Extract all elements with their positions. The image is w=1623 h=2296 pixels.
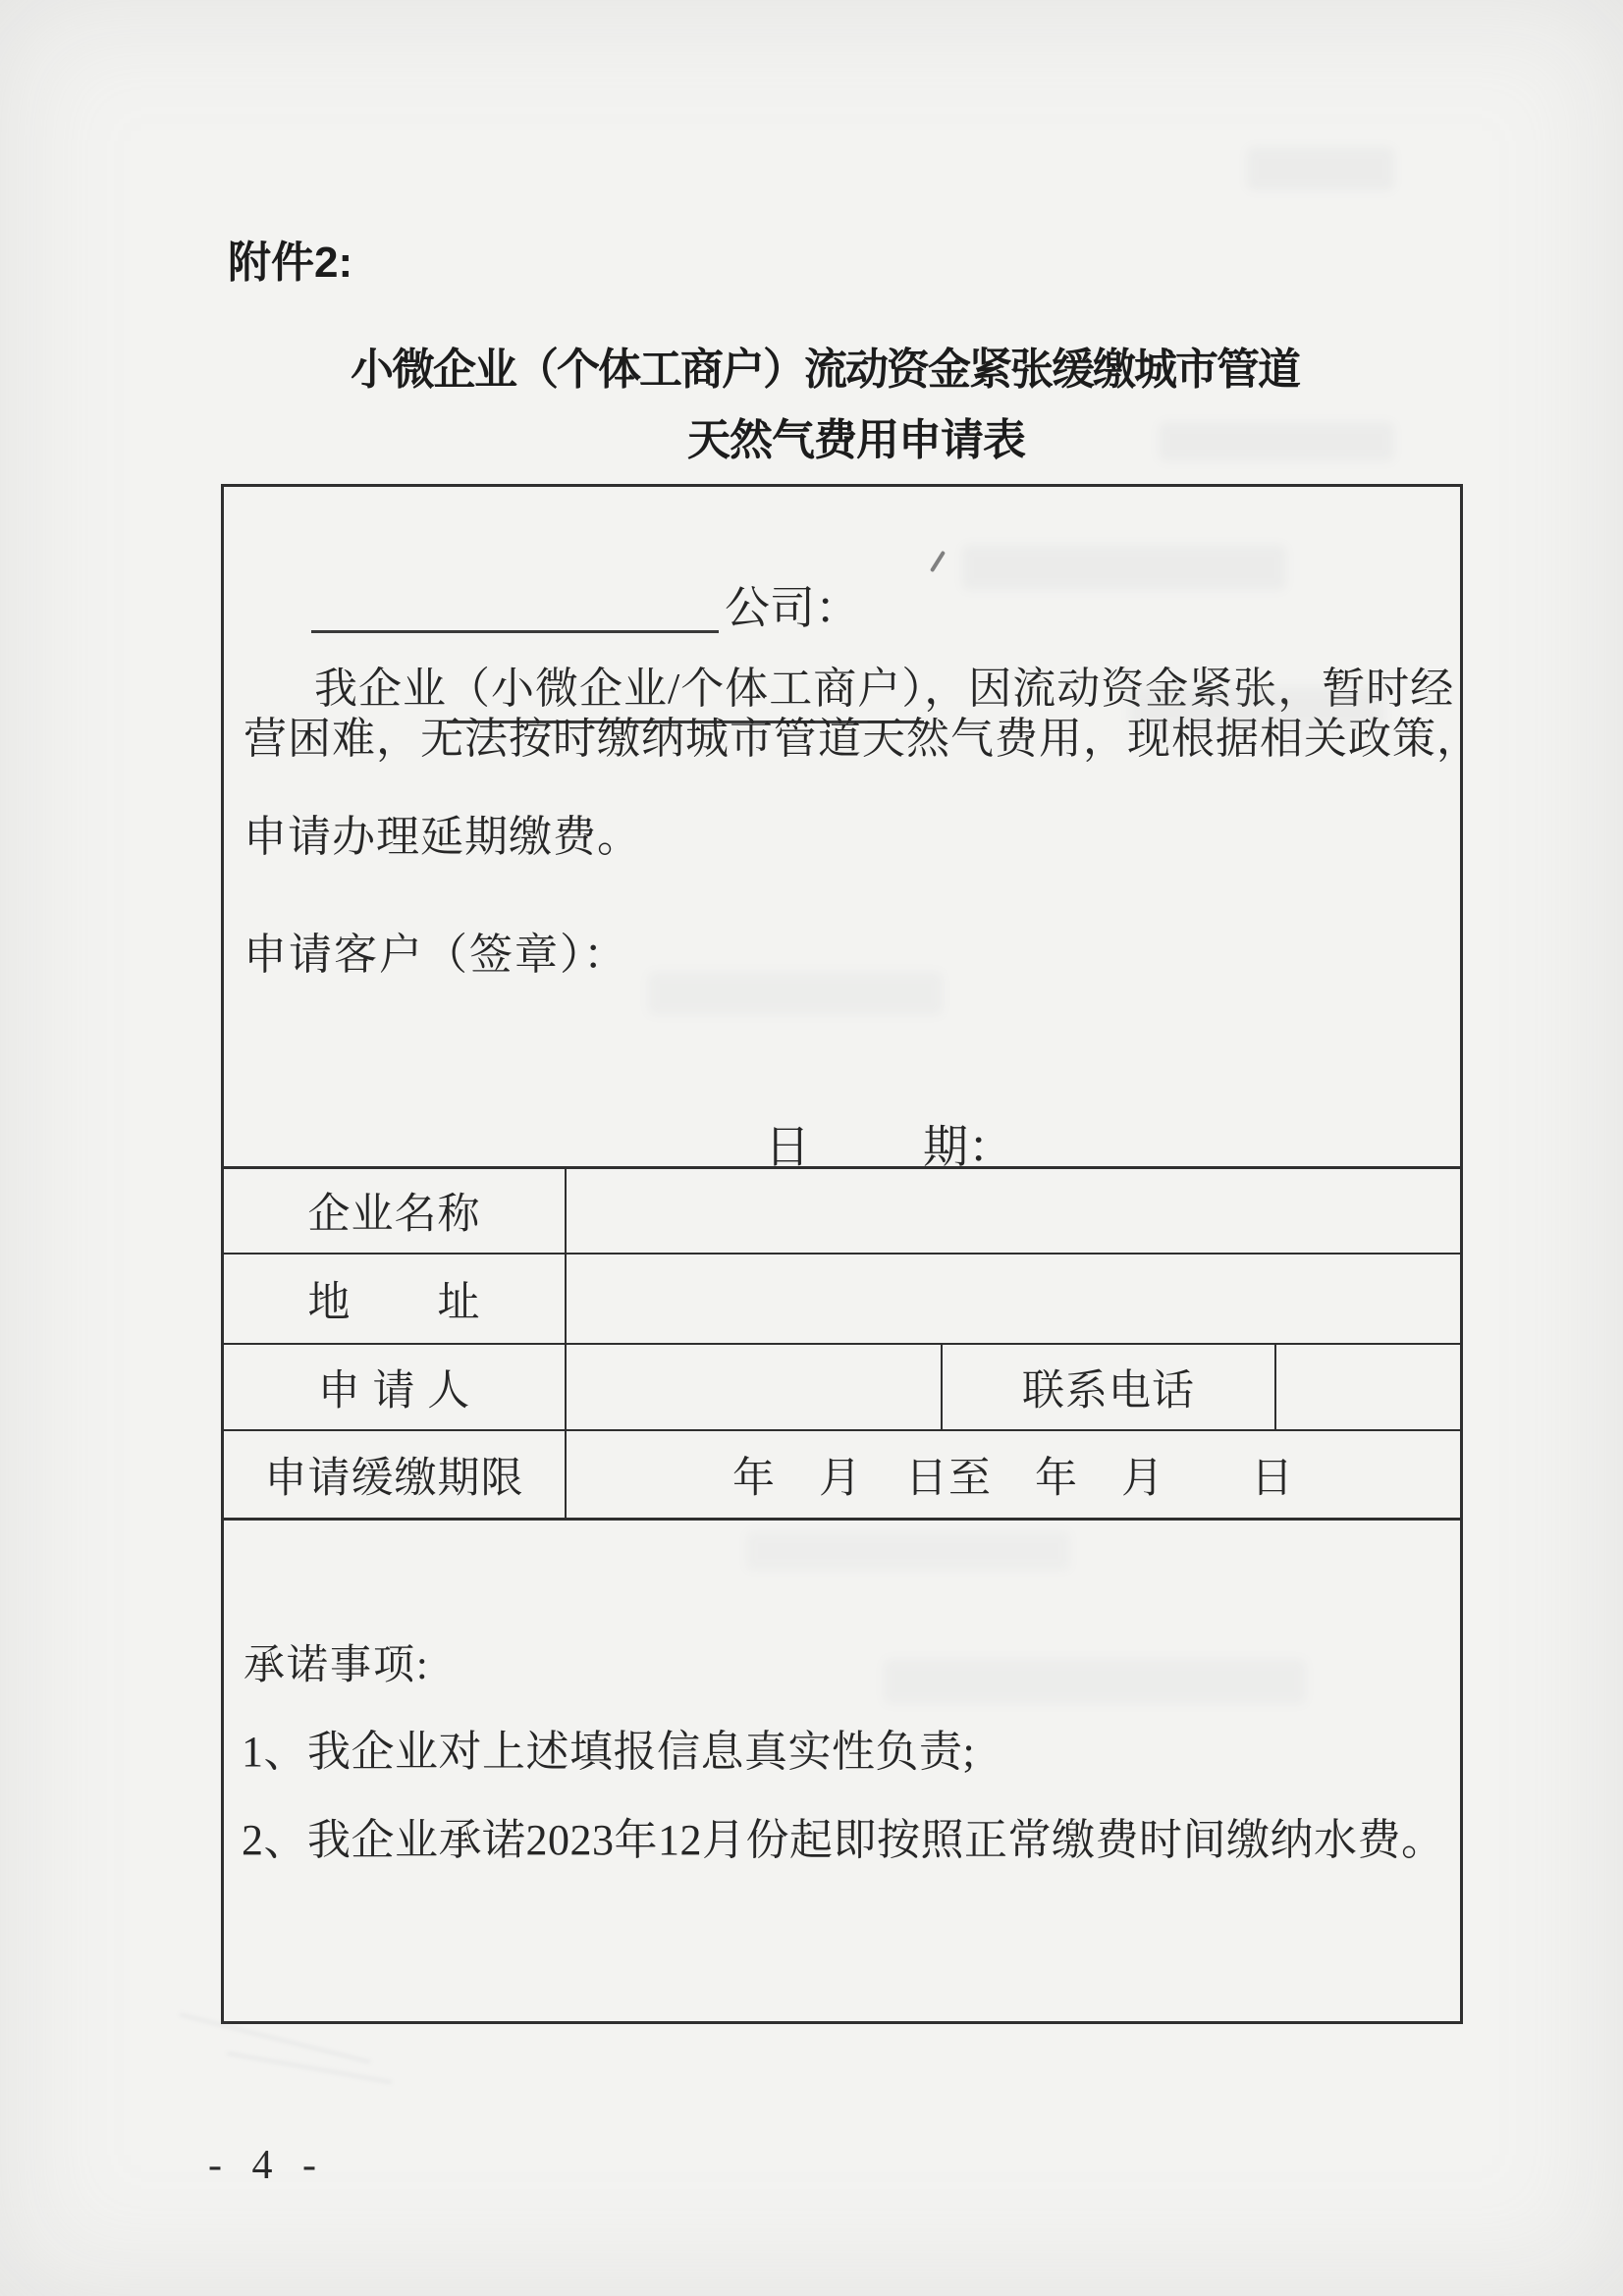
address-label-cell: 地 址 bbox=[224, 1255, 567, 1343]
table-row-deferral-period: 申请缓缴期限 年 月 日至 年 月 日 bbox=[224, 1431, 1460, 1518]
bleed-through-artifact bbox=[962, 545, 1286, 590]
scan-streak-artifact bbox=[227, 2052, 392, 2083]
company-name-label-cell: 企业名称 bbox=[224, 1169, 567, 1253]
phone-value-cell bbox=[1276, 1345, 1460, 1429]
deferral-period-value-cell: 年 月 日至 年 月 日 bbox=[567, 1431, 1460, 1518]
bleed-through-artifact bbox=[1247, 147, 1394, 190]
commitment-heading: 承诺事项: bbox=[243, 1632, 430, 1691]
address-value-cell bbox=[567, 1255, 1460, 1343]
commitment-item-2: 2、我企业承诺2023年12月份起即按照正常缴费时间缴纳水费。 bbox=[242, 1804, 1445, 1867]
applicant-signature-label: 申请客户（签章）： bbox=[243, 919, 628, 982]
document-title-line2: 天然气费用申请表 bbox=[687, 404, 1025, 467]
commitment-item-1: 1、我企业对上述填报信息真实性负责; bbox=[242, 1716, 975, 1779]
bleed-through-artifact bbox=[648, 972, 943, 1015]
bleed-through-artifact bbox=[1129, 687, 1384, 728]
attachment-label: 附件2: bbox=[228, 239, 352, 289]
document-title-line1: 小微企业（个体工商户）流动资金紧张缓缴城市管道 bbox=[351, 334, 1299, 397]
deferral-period-label-cell: 申请缓缴期限 bbox=[224, 1431, 567, 1518]
table-row-address: 地 址 bbox=[224, 1255, 1460, 1345]
applicant-value-cell bbox=[567, 1345, 943, 1429]
applicant-label-cell: 申 请 人 bbox=[224, 1345, 567, 1429]
applicant-info-table: 企业名称 地 址 申 请 人 联系电话 申请缓缴期限 年 月 日至 年 月 日 bbox=[224, 1166, 1460, 1521]
table-row-applicant: 申 请 人 联系电话 bbox=[224, 1345, 1460, 1431]
paragraph-line-3: 申请办理延期缴费。 bbox=[243, 801, 641, 864]
company-name-value-cell bbox=[567, 1169, 1460, 1253]
phone-label-cell: 联系电话 bbox=[943, 1345, 1276, 1429]
bleed-through-artifact bbox=[746, 1531, 1070, 1571]
scanned-document-page: 附件2: 小微企业（个体工商户）流动资金紧张缓缴城市管道 天然气费用申请表 公司… bbox=[0, 0, 1623, 2296]
bleed-through-artifact bbox=[1159, 422, 1394, 461]
bleed-through-artifact bbox=[884, 1659, 1306, 1704]
page-number: - 4 - bbox=[208, 2142, 326, 2189]
table-row-company-name: 企业名称 bbox=[224, 1169, 1460, 1255]
